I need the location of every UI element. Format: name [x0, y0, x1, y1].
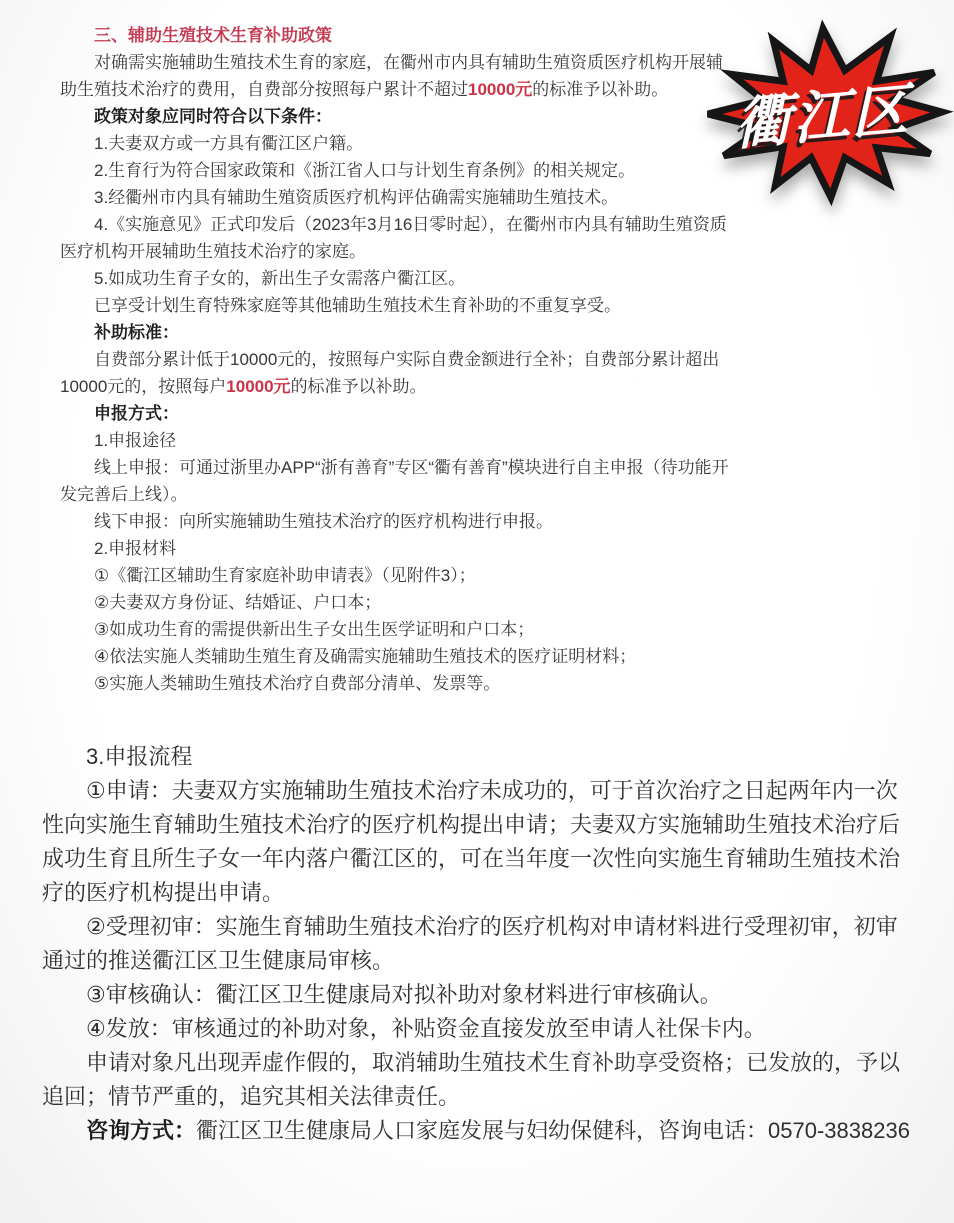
text-segment: ①《衢江区辅助生育家庭补助申请表》（见附件3）；	[94, 566, 476, 585]
text-segment: ③审核确认：衢江区卫生健康局对拟补助对象材料进行审核确认。	[86, 982, 722, 1007]
contact-info: 咨询方式：衢江区卫生健康局人口家庭发展与妇幼保健科，咨询电话：0570-3838…	[42, 1114, 914, 1148]
qujiang-district-badge: 衢江区 衢江区	[694, 26, 952, 201]
highlight-amount: 10000元	[226, 377, 290, 396]
text-segment: ③如成功生育的需提供新出生子女出生医学证明和户口本；	[94, 620, 534, 639]
apply-channel-heading: 1.申报途径	[60, 427, 736, 454]
highlight-amount: 10000元	[468, 80, 532, 99]
text-segment: ⑤实施人类辅助生殖技术治疗自费部分清单、发票等。	[94, 674, 500, 693]
text-segment: ④依法实施人类辅助生殖生育及确需实施辅助生殖技术的医疗证明材料；	[94, 647, 636, 666]
standard-detail: 自费部分累计低于10000元的，按照每户实际自费金额进行全补；自费部分累计超出1…	[60, 346, 736, 400]
text-segment: 政策对象应同时符合以下条件：	[94, 107, 332, 126]
document-page: 三、辅助生殖技术生育补助政策对确需实施辅助生殖技术生育的家庭，在衢州市内具有辅助…	[0, 0, 954, 1223]
process-heading: 3.申报流程	[42, 740, 914, 774]
text-segment: ①申请：夫妻双方实施辅助生殖技术治疗未成功的，可于首次治疗之日起两年内一次性向实…	[42, 778, 900, 905]
text-segment: 的标准予以补助。	[291, 377, 427, 396]
apply-offline: 线下申报：向所实施辅助生殖技术治疗的医疗机构进行申报。	[60, 508, 736, 535]
bold-label: 咨询方式：	[86, 1118, 196, 1143]
text-segment: 4.《实施意见》正式印发后（2023年3月16日零时起），在衢州市内具有辅助生殖…	[60, 215, 727, 261]
text-segment: 补助标准：	[94, 323, 179, 342]
text-segment: 3.申报流程	[86, 744, 192, 769]
no-duplicate-note: 已享受计划生育特殊家庭等其他辅助生殖技术生育补助的不重复享受。	[60, 292, 736, 319]
text-segment: 3.经衢州市内具有辅助生殖资质医疗机构评估确需实施辅助生殖技术。	[94, 188, 618, 207]
text-segment: 衢江区卫生健康局人口家庭发展与妇幼保健科，咨询电话：0570-3838236	[196, 1118, 910, 1143]
standard-heading: 补助标准：	[60, 319, 736, 346]
text-segment: ②夫妻双方身份证、结婚证、户口本；	[94, 593, 381, 612]
apply-online: 线上申报：可通过浙里办APP“浙有善育”专区“衢有善育”模块进行自主申报（待功能…	[60, 454, 736, 508]
condition-2: 2.生育行为符合国家政策和《浙江省人口与计划生育条例》的相关规定。	[60, 157, 736, 184]
text-segment: 申报方式：	[94, 404, 179, 423]
text-segment: 1.夫妻双方或一方具有衢江区户籍。	[94, 134, 363, 153]
step-4-grant: ④发放：审核通过的补助对象，补贴资金直接发放至申请人社保卡内。	[42, 1012, 914, 1046]
policy-section: 三、辅助生殖技术生育补助政策对确需实施辅助生殖技术生育的家庭，在衢州市内具有辅助…	[60, 22, 736, 697]
process-section: 3.申报流程①申请：夫妻双方实施辅助生殖技术治疗未成功的，可于首次治疗之日起两年…	[42, 740, 914, 1148]
materials-heading: 2.申报材料	[60, 535, 736, 562]
text-segment: 2.申报材料	[94, 539, 176, 558]
text-segment: 1.申报途径	[94, 431, 176, 450]
text-segment: 线上申报：可通过浙里办APP“浙有善育”专区“衢有善育”模块进行自主申报（待功能…	[60, 458, 729, 504]
step-2-initial-review: ②受理初审：实施生育辅助生殖技术治疗的医疗机构对申请材料进行受理初审，初审通过的…	[42, 910, 914, 978]
policy-intro: 对确需实施辅助生殖技术生育的家庭，在衢州市内具有辅助生殖资质医疗机构开展辅助生殖…	[60, 49, 736, 103]
text-segment: ④发放：审核通过的补助对象，补贴资金直接发放至申请人社保卡内。	[86, 1016, 766, 1041]
starburst-icon: 衢江区 衢江区	[694, 26, 952, 201]
step-1-apply: ①申请：夫妻双方实施辅助生殖技术治疗未成功的，可于首次治疗之日起两年内一次性向实…	[42, 774, 914, 910]
text-segment: 三、辅助生殖技术生育补助政策	[94, 26, 332, 45]
material-1: ①《衢江区辅助生育家庭补助申请表》（见附件3）；	[60, 562, 736, 589]
text-segment: ②受理初审：实施生育辅助生殖技术治疗的医疗机构对申请材料进行受理初审，初审通过的…	[42, 914, 898, 973]
section-title: 三、辅助生殖技术生育补助政策	[60, 22, 736, 49]
material-4: ④依法实施人类辅助生殖生育及确需实施辅助生殖技术的医疗证明材料；	[60, 643, 736, 670]
apply-method-heading: 申报方式：	[60, 400, 736, 427]
condition-5: 5.如成功生育子女的，新出生子女需落户衢江区。	[60, 265, 736, 292]
text-segment: 2.生育行为符合国家政策和《浙江省人口与计划生育条例》的相关规定。	[94, 161, 635, 180]
material-2: ②夫妻双方身份证、结婚证、户口本；	[60, 589, 736, 616]
fraud-warning: 申请对象凡出现弄虚作假的，取消辅助生殖技术生育补助享受资格；已发放的，予以追回；…	[42, 1046, 914, 1114]
material-5: ⑤实施人类辅助生殖技术治疗自费部分清单、发票等。	[60, 670, 736, 697]
text-segment: 线下申报：向所实施辅助生殖技术治疗的医疗机构进行申报。	[94, 512, 553, 531]
material-3: ③如成功生育的需提供新出生子女出生医学证明和户口本；	[60, 616, 736, 643]
conditions-heading: 政策对象应同时符合以下条件：	[60, 103, 736, 130]
condition-4: 4.《实施意见》正式印发后（2023年3月16日零时起），在衢州市内具有辅助生殖…	[60, 211, 736, 265]
text-segment: 已享受计划生育特殊家庭等其他辅助生殖技术生育补助的不重复享受。	[94, 296, 621, 315]
step-3-confirm: ③审核确认：衢江区卫生健康局对拟补助对象材料进行审核确认。	[42, 978, 914, 1012]
condition-3: 3.经衢州市内具有辅助生殖资质医疗机构评估确需实施辅助生殖技术。	[60, 184, 736, 211]
condition-1: 1.夫妻双方或一方具有衢江区户籍。	[60, 130, 736, 157]
text-segment: 申请对象凡出现弄虚作假的，取消辅助生殖技术生育补助享受资格；已发放的，予以追回；…	[42, 1050, 900, 1109]
text-segment: 5.如成功生育子女的，新出生子女需落户衢江区。	[94, 269, 465, 288]
text-segment: 的标准予以补助。	[532, 80, 668, 99]
